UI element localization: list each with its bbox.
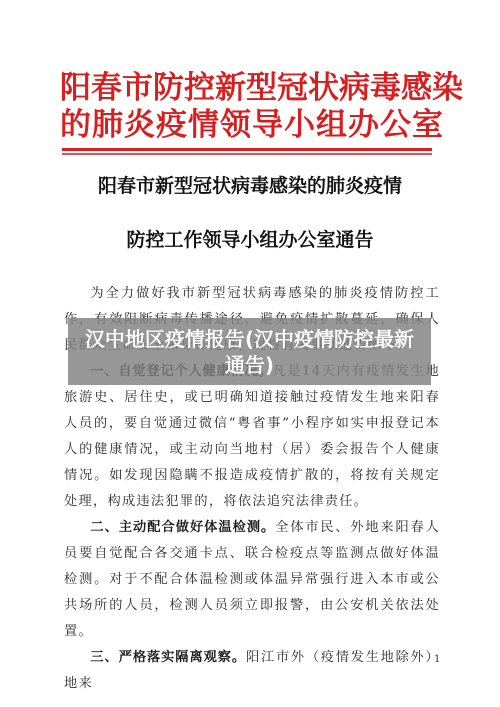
paragraph-text: 凡是14天内有疫情发生地旅游史、居住史，或已明确知道接触过疫情发生地来阳春人员的… [64, 364, 440, 509]
caption-overlay-banner: 汉中地区疫情报告(汉中疫情防控最新通告) [68, 318, 431, 385]
body-paragraph-item-2: 二、主动配合做好体温检测。全体市民、外地来阳春人员要自觉配合各交通卡点、联合检疫… [64, 515, 440, 645]
issuing-office-title-line2: 的肺炎疫情领导小组办公室 [60, 107, 440, 143]
page-number: 1 [434, 654, 440, 665]
document-page: 阳春市防控新型冠状病毒感染 的肺炎疫情领导小组办公室 阳春市新型冠状病毒感染的肺… [0, 0, 500, 707]
notice-title-line1: 阳春市新型冠状病毒感染的肺炎疫情 [0, 174, 500, 198]
red-header-rule-thick [62, 148, 432, 151]
paragraph-text: 全体市民、外地来阳春人员要自觉配合各交通卡点、联合检疫点等监测点做好体温检测。对… [64, 520, 440, 639]
issuing-office-title-line1: 阳春市防控新型冠状病毒感染 [60, 70, 440, 106]
paragraph-lead: 二、主动配合做好体温检测。 [90, 520, 275, 535]
body-paragraph-item-3: 三、严格落实隔离观察。阳江市外（疫情发生地除外）地来 [64, 645, 440, 697]
caption-overlay-text: 汉中地区疫情报告(汉中疫情防控最新通告) [68, 326, 431, 378]
notice-title-line2: 防控工作领导小组办公室通告 [0, 228, 500, 252]
red-header-rule-thin [62, 153, 432, 155]
paragraph-lead: 三、严格落实隔离观察。 [90, 650, 246, 665]
